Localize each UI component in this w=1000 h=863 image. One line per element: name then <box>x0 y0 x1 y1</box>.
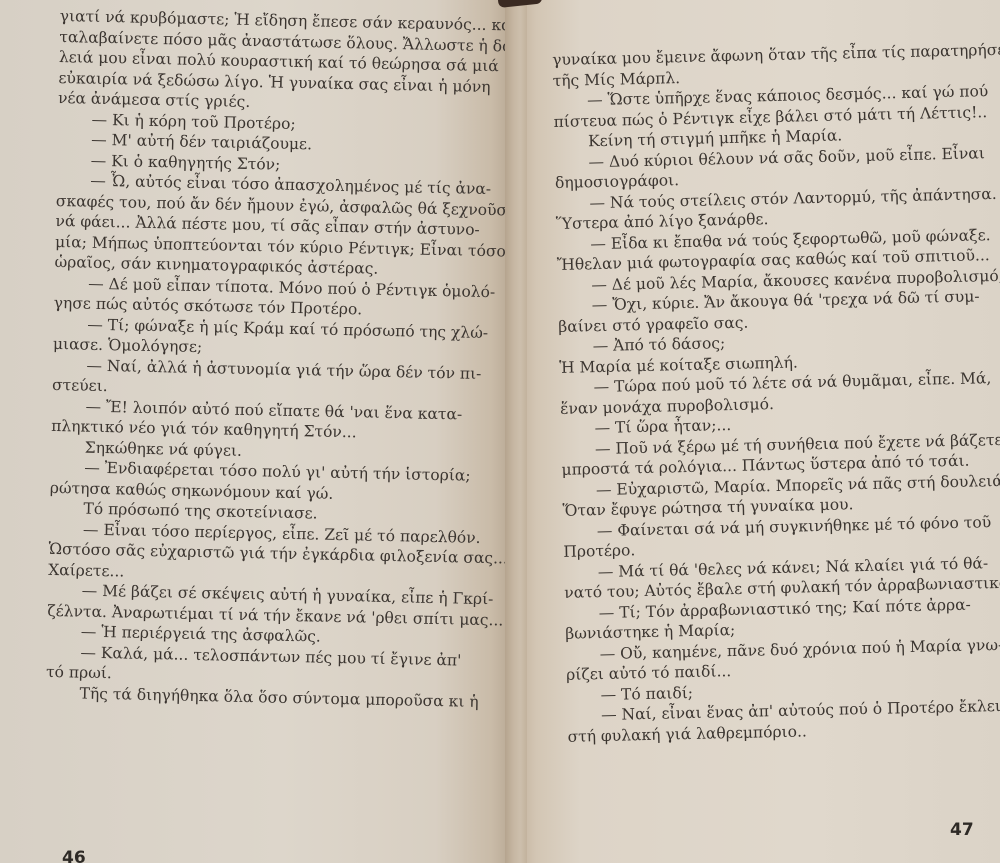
left-page-text: γιατί νά κρυβόμαστε; Ἡ εἴδηση ἔπεσε σάν … <box>45 6 485 712</box>
book-gutter <box>505 0 527 863</box>
right-page-text: γυναίκα μου ἔμεινε ἄφωνη ὅταν τῆς εἶπα τ… <box>552 40 993 746</box>
page-number-right: 47 <box>950 820 974 840</box>
left-page: γιατί νά κρυβόμαστε; Ἡ εἴδηση ἔπεσε σάν … <box>0 0 512 863</box>
page-number-left: 46 <box>62 848 86 863</box>
